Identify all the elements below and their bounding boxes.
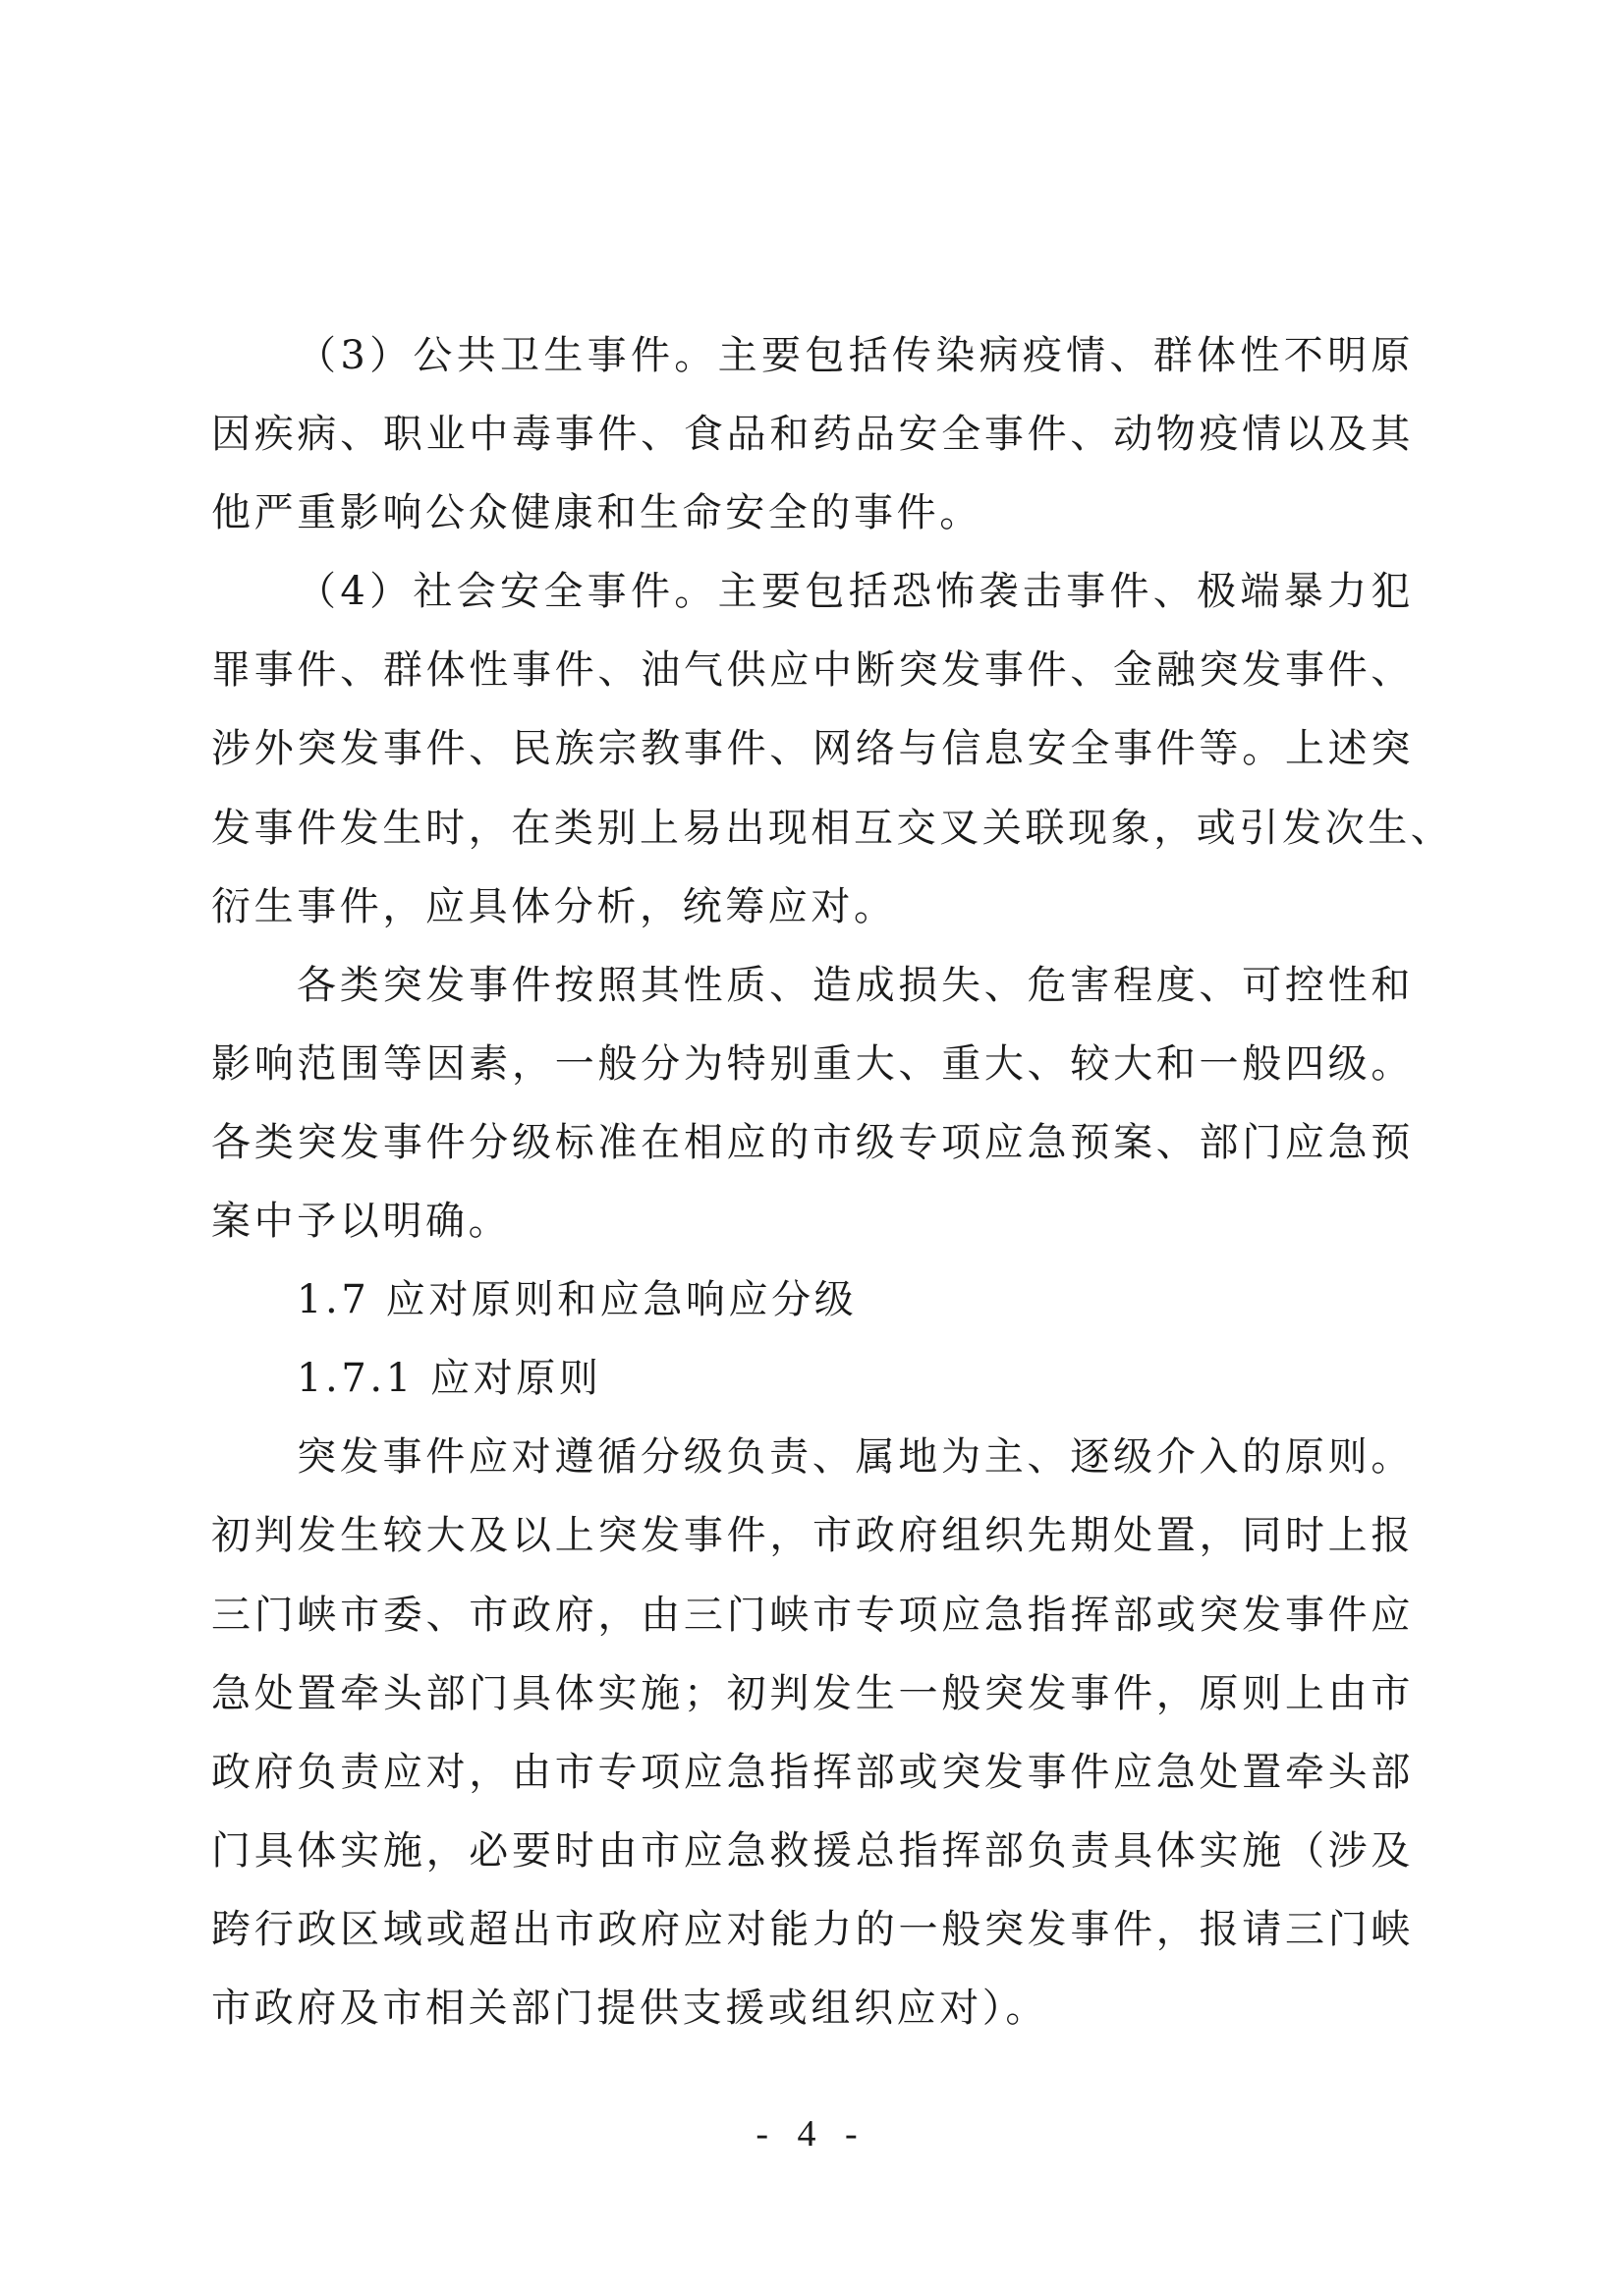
document-page: （3）公共卫生事件。主要包括传染病疫情、群体性不明原 因疾病、职业中毒事件、食品… [0,0,1623,2296]
text-line: 跨行政区域或超出市政府应对能力的一般突发事件，报请三门峡 [211,1890,1414,1969]
text-line: 初判发生较大及以上突发事件，市政府组织先期处置，同时上报 [211,1496,1414,1575]
text-line: 突发事件应对遵循分级负责、属地为主、逐级介入的原则。 [211,1418,1414,1496]
paragraph-event-classification: 各类突发事件按照其性质、造成损失、危害程度、可控性和 影响范围等因素，一般分为特… [211,946,1414,1260]
text-line: 涉外突发事件、民族宗教事件、网络与信息安全事件等。上述突 [211,709,1414,788]
text-line: （3）公共卫生事件。主要包括传染病疫情、群体性不明原 [211,316,1414,395]
page-number: - 4 - [0,2112,1623,2156]
text-line: 市政府及市相关部门提供支援或组织应对）。 [211,1969,1414,2047]
paragraph-public-health-events: （3）公共卫生事件。主要包括传染病疫情、群体性不明原 因疾病、职业中毒事件、食品… [211,316,1414,552]
text-line: 政府负责应对，由市专项应急指挥部或突发事件应急处置牵头部 [211,1733,1414,1812]
paragraph-response-principles: 突发事件应对遵循分级负责、属地为主、逐级介入的原则。 初判发生较大及以上突发事件… [211,1418,1414,2047]
text-line: 急处置牵头部门具体实施；初判发生一般突发事件，原则上由市 [211,1654,1414,1733]
document-body: （3）公共卫生事件。主要包括传染病疫情、群体性不明原 因疾病、职业中毒事件、食品… [211,316,1414,2047]
text-line: 三门峡市委、市政府，由三门峡市专项应急指挥部或突发事件应 [211,1576,1414,1654]
text-line: 各类突发事件按照其性质、造成损失、危害程度、可控性和 [211,946,1414,1025]
text-line: 罪事件、群体性事件、油气供应中断突发事件、金融突发事件、 [211,631,1414,709]
paragraph-social-security-events: （4）社会安全事件。主要包括恐怖袭击事件、极端暴力犯 罪事件、群体性事件、油气供… [211,552,1414,945]
text-line: （4）社会安全事件。主要包括恐怖袭击事件、极端暴力犯 [211,552,1414,631]
section-heading-1-7-1: 1.7.1 应对原则 [211,1339,1414,1418]
text-line: 影响范围等因素，一般分为特别重大、重大、较大和一般四级。 [211,1025,1414,1103]
text-line: 发事件发生时，在类别上易出现相互交叉关联现象，或引发次生、 [211,789,1414,868]
text-line: 各类突发事件分级标准在相应的市级专项应急预案、部门应急预 [211,1103,1414,1182]
text-line: 因疾病、职业中毒事件、食品和药品安全事件、动物疫情以及其 [211,395,1414,474]
text-line: 他严重影响公众健康和生命安全的事件。 [211,474,1414,552]
text-line: 案中予以明确。 [211,1182,1414,1260]
section-heading-1-7: 1.7 应对原则和应急响应分级 [211,1260,1414,1339]
text-line: 门具体实施，必要时由市应急救援总指挥部负责具体实施（涉及 [211,1812,1414,1890]
text-line: 衍生事件，应具体分析，统筹应对。 [211,868,1414,946]
